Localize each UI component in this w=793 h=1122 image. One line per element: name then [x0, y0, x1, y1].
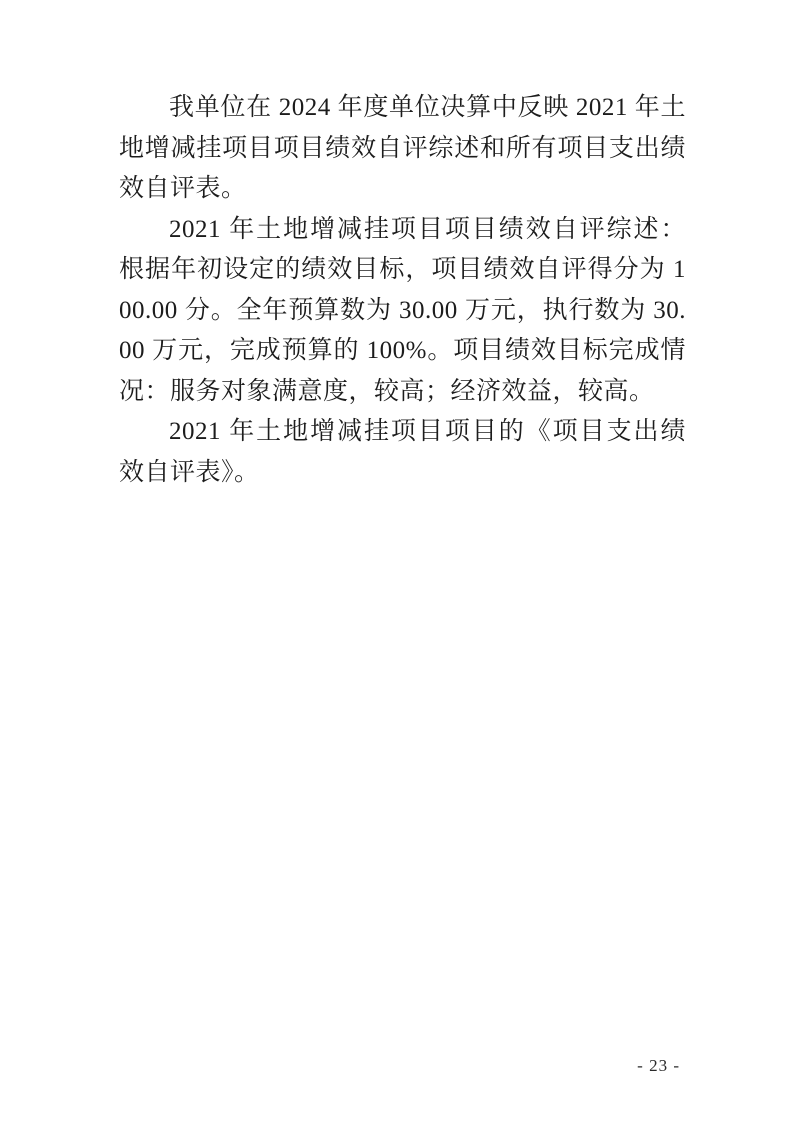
paragraph-self-evaluation-detail: 2021 年土地增减挂项目项目绩效自评综述：根据年初设定的绩效目标，项目绩效自评… [119, 210, 686, 413]
paragraph-evaluation-table-reference: 2021 年土地增减挂项目项目的《项目支出绩效自评表》。 [119, 412, 686, 493]
page-number: - 23 - [637, 1055, 680, 1077]
document-page: 我单位在 2024 年度单位决算中反映 2021 年土地增减挂项目项目绩效自评综… [0, 0, 793, 1122]
paragraph-decision-summary: 我单位在 2024 年度单位决算中反映 2021 年土地增减挂项目项目绩效自评综… [119, 88, 686, 210]
document-body: 我单位在 2024 年度单位决算中反映 2021 年土地增减挂项目项目绩效自评综… [119, 88, 686, 493]
